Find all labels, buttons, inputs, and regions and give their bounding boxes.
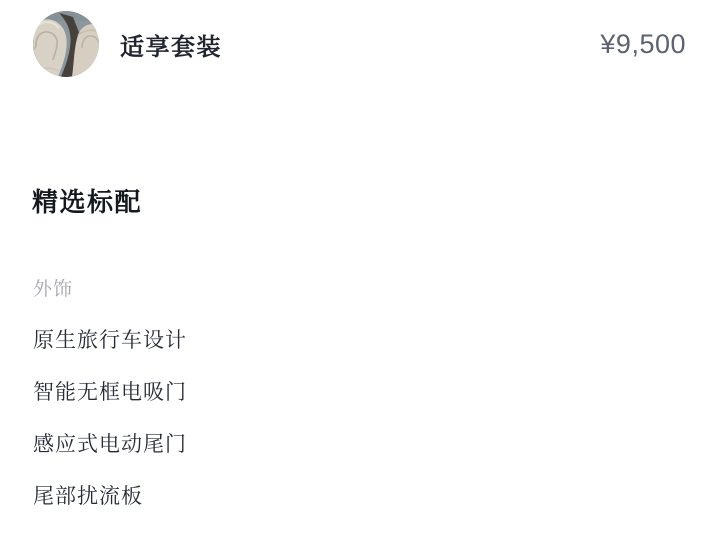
- feature-list: 外饰 原生旅行车设计 智能无框电吸门 感应式电动尾门 尾部扰流板: [33, 261, 686, 521]
- feature-item: 原生旅行车设计: [33, 313, 686, 365]
- package-price: ¥9,500: [600, 29, 686, 60]
- package-thumbnail: [33, 11, 99, 77]
- section-title: 精选标配: [32, 189, 142, 216]
- seat-headrests-image: [33, 11, 99, 77]
- feature-item: 智能无框电吸门: [33, 365, 686, 417]
- feature-item: 尾部扰流板: [33, 469, 686, 521]
- package-row[interactable]: 适享套装 ¥9,500: [33, 11, 686, 77]
- feature-item: 感应式电动尾门: [33, 417, 686, 469]
- feature-group-label: 外饰: [33, 261, 686, 313]
- package-name: 适享套装: [120, 27, 222, 62]
